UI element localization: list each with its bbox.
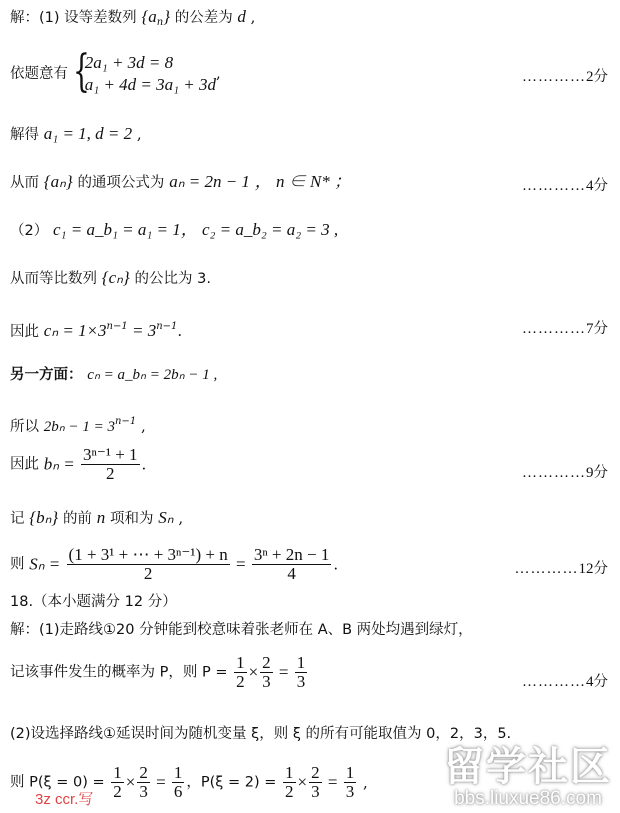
fraction: 23 [260, 654, 273, 691]
general-expr: aₙ = 2n − 1 [169, 172, 250, 191]
numerator: 1 [344, 764, 357, 783]
score-unit: 分 [594, 178, 609, 194]
score-unit: 分 [594, 321, 609, 337]
watermark-url: bbs.liuxue86.com [444, 789, 612, 809]
other-expr: cₙ = a_bₙ = 2bₙ − 1 , [87, 367, 217, 383]
score-dots: ………… [522, 465, 586, 481]
denominator: 2 [81, 465, 140, 483]
score-unit: 分 [594, 69, 609, 85]
equals: = [152, 773, 170, 792]
numerator: 1 [234, 654, 247, 673]
numerator: 3ⁿ⁻¹ + 1 [81, 446, 140, 465]
set-an: {aₙ} [44, 172, 73, 191]
punct: . [333, 556, 338, 574]
q18-part2: (2)设选择路线①延误时间为随机变量 ξ，则 ξ 的所有可能取值为 0，2，3，… [10, 724, 511, 744]
part2-label: （2） [10, 223, 48, 239]
equation-2: a₁ + 4d = 3a₁ + 3d [85, 74, 216, 96]
score-dots: ………… [522, 321, 586, 337]
solution-values: 解得 a₁ = 1, d = 2 , [10, 124, 142, 145]
equals: = [232, 555, 250, 574]
equation-1: 2a₁ + 3d = 8 [85, 52, 216, 74]
equals: = [324, 773, 342, 792]
cn-label: 因此 [10, 324, 39, 340]
score-value: 4 [586, 674, 594, 690]
punct: , [216, 64, 221, 82]
score-marker: …………4分 [522, 174, 608, 195]
fraction: 12 [283, 764, 296, 801]
punct: , [136, 417, 146, 435]
fraction: 23 [309, 764, 322, 801]
exponent: n−1 [156, 321, 177, 332]
denominator: 4 [252, 565, 332, 583]
numerator: (1 + 3¹ + ⋯ + 3ⁿ⁻¹) + n [67, 546, 230, 565]
var-d: d [237, 7, 246, 26]
set-cn: {cₙ} [102, 268, 130, 287]
punct: . [142, 456, 147, 474]
score-marker: …………4分 [522, 670, 608, 691]
fraction: 13 [344, 764, 357, 801]
so-label: 所以 [10, 419, 39, 435]
denominator: 3 [295, 673, 308, 691]
part1-intro: 解：(1) 设等差数列 {an} 的公差为 d , [10, 7, 255, 33]
general-term: 从而 {aₙ} 的通项公式为 aₙ = 2n − 1 ， n ∈ N* ； [10, 172, 351, 193]
exponent: n−1 [107, 321, 128, 332]
intro-text: 解：(1) 设等差数列 [10, 10, 137, 26]
numerator: 1 [111, 764, 124, 783]
fraction: 3ⁿ + 2n − 14 [252, 546, 332, 583]
general-mid: 的通项公式为 [77, 175, 164, 191]
numerator: 2 [260, 654, 273, 673]
bn-formula: 因此 bₙ = 3ⁿ⁻¹ + 12. [10, 446, 146, 483]
left-brace-icon: { [73, 48, 90, 96]
general-cond: ， n ∈ N* ； [255, 172, 351, 191]
score-unit: 分 [594, 561, 609, 577]
bn-label: 因此 [10, 457, 39, 473]
punct: . [177, 322, 182, 340]
sum-formula: 则 Sₙ = (1 + 3¹ + ⋯ + 3ⁿ⁻¹) + n2 = 3ⁿ + 2… [10, 546, 338, 583]
times: × [126, 773, 136, 792]
score-dots: ………… [522, 674, 586, 690]
red-overlay-text: 3z ccr.写 [35, 788, 93, 809]
denominator: 3 [137, 783, 150, 801]
score-dots: ………… [522, 69, 586, 85]
times: × [249, 663, 259, 682]
denominator: 3 [260, 673, 273, 691]
denominator: 2 [283, 783, 296, 801]
numerator: 1 [172, 764, 185, 783]
watermark-title: 留学社区 [444, 745, 612, 789]
set-close: } [163, 7, 170, 26]
part2-c-values: （2） c₁ = a_b₁ = a₁ = 1， c₂ = a_b₂ = a₂ =… [10, 220, 338, 241]
sum-definition: 记 {bₙ} 的前 n 项和为 Sₙ , [10, 508, 183, 529]
exponent: n−1 [115, 416, 136, 427]
times: × [298, 773, 308, 792]
solve-label: 解得 [10, 127, 39, 143]
numerator: 1 [283, 764, 296, 783]
punct: , [358, 774, 368, 792]
sum-formula-label: 则 [10, 557, 25, 573]
set-an: {a [141, 7, 156, 26]
punct: , [174, 509, 184, 527]
set-bn: {bₙ} [29, 508, 58, 527]
so-expr: 2bₙ − 1 = 3 [44, 419, 115, 435]
denominator: 3 [344, 783, 357, 801]
fraction: 23 [137, 764, 150, 801]
denominator: 3 [309, 783, 322, 801]
denominator: 6 [172, 783, 185, 801]
var-n: n [97, 508, 106, 527]
solve-expr: a₁ = 1, d = 2 [44, 124, 132, 143]
q18-part1: 解：(1)走路线①20 分钟能到校意味着张老师在 A、B 两处均遇到绿灯， [10, 620, 473, 640]
fraction: 3ⁿ⁻¹ + 12 [81, 446, 140, 483]
numerator: 1 [295, 654, 308, 673]
numerator: 3ⁿ + 2n − 1 [252, 546, 332, 565]
system-label: 依题意有 [10, 66, 68, 82]
punct: , [132, 125, 142, 143]
cn-expr: cₙ = 1×3 [44, 321, 107, 340]
score-marker: …………7分 [522, 317, 608, 338]
fraction: 13 [295, 654, 308, 691]
cn-eq: = 3 [128, 321, 156, 340]
dist-mid: ，P(ξ = 2) = [186, 775, 281, 791]
sum-suffix: 项和为 [110, 511, 154, 527]
geo-prefix: 从而等比数列 [10, 271, 97, 287]
fraction: 12 [234, 654, 247, 691]
score-dots: ………… [515, 561, 579, 577]
score-value: 2 [586, 69, 594, 85]
denominator: 2 [67, 565, 230, 583]
intro-suffix: 的公差为 [175, 10, 238, 26]
geo-suffix: 的公比为 3. [134, 271, 210, 287]
score-dots: ………… [522, 178, 586, 194]
sum-mid: 的前 [63, 511, 92, 527]
sum-prefix: 记 [10, 511, 25, 527]
denominator: 2 [111, 783, 124, 801]
cn-formula: 因此 cₙ = 1×3n−1 = 3n−1. [10, 317, 182, 342]
sn: Sₙ [158, 508, 173, 527]
q18-probability: 记该事件发生的概率为 P，则 P = 12×23 = 13 [10, 654, 309, 691]
numerator: 2 [137, 764, 150, 783]
numerator: 2 [309, 764, 322, 783]
question-18-title: 18.（本小题满分 12 分） [10, 592, 177, 612]
score-marker: …………2分 [522, 65, 608, 86]
sum-lhs: Sₙ = [29, 555, 64, 574]
fraction: 12 [111, 764, 124, 801]
part2-expr: c₁ = a_b₁ = a₁ = 1， c₂ = a_b₂ = a₂ = 3 , [53, 220, 338, 239]
so-equation: 所以 2bₙ − 1 = 3n−1 , [10, 412, 146, 437]
score-marker: …………12分 [515, 557, 609, 578]
score-unit: 分 [594, 674, 609, 690]
denominator: 2 [234, 673, 247, 691]
score-value: 4 [586, 178, 594, 194]
prob-prefix: 记该事件发生的概率为 P，则 P = [10, 665, 232, 681]
watermark: 留学社区 bbs.liuxue86.com [444, 745, 612, 809]
score-value: 7 [586, 321, 594, 337]
fraction: (1 + 3¹ + ⋯ + 3ⁿ⁻¹) + n2 [67, 546, 230, 583]
equals: = [275, 663, 293, 682]
geometric-ratio: 从而等比数列 {cₙ} 的公比为 3. [10, 268, 211, 289]
other-label: 另一方面： [10, 367, 83, 383]
punct: , [246, 8, 256, 26]
general-prefix: 从而 [10, 175, 39, 191]
equation-system: 依题意有 { 2a₁ + 3d = 8 a₁ + 4d = 3a₁ + 3d , [10, 52, 221, 96]
score-value: 12 [579, 561, 594, 577]
bn-lhs: bₙ = [44, 455, 79, 474]
other-side: 另一方面： cₙ = a_bₙ = 2bₙ − 1 , [10, 364, 217, 385]
score-value: 9 [586, 465, 594, 481]
fraction: 16 [172, 764, 185, 801]
score-unit: 分 [594, 465, 609, 481]
score-marker: …………9分 [522, 461, 608, 482]
brace-system: { 2a₁ + 3d = 8 a₁ + 4d = 3a₁ + 3d [73, 52, 216, 96]
